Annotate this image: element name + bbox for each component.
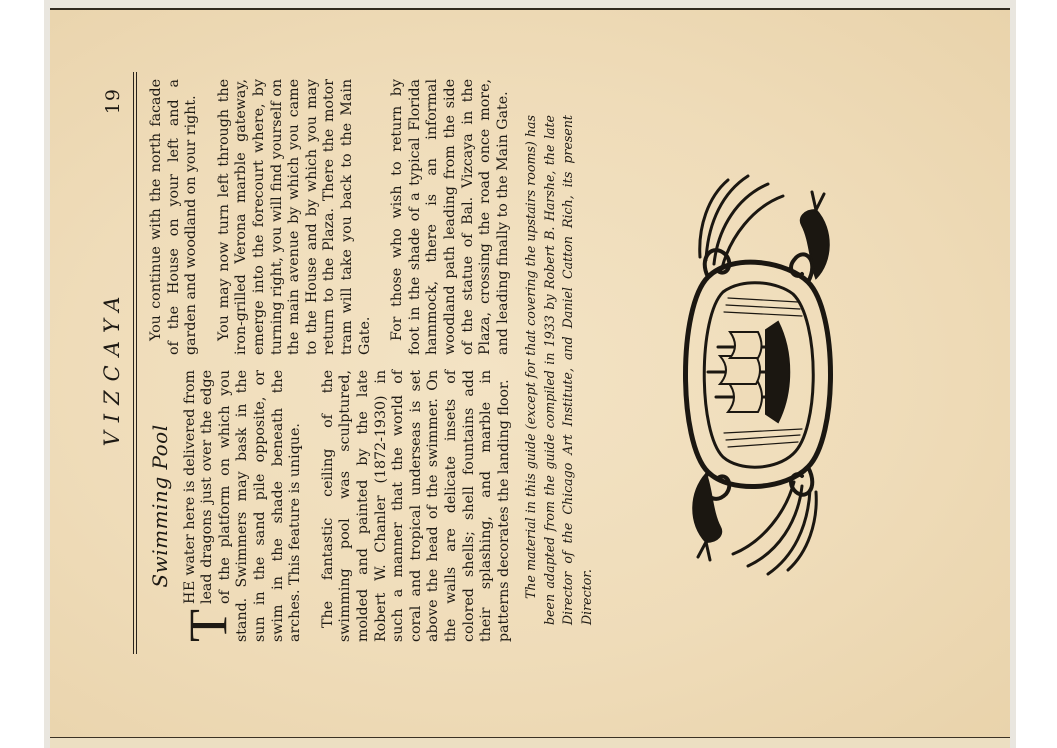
footnote: The material in this guide (except for t… bbox=[522, 115, 596, 625]
drop-cap: T bbox=[186, 609, 230, 642]
left-column: Swimming Pool THE water here is delivere… bbox=[150, 370, 528, 642]
booklet-page: VIZCAYA 19 Swimming Pool THE water here … bbox=[50, 10, 1010, 737]
header-double-rule bbox=[133, 72, 137, 654]
scanned-page-frame: VIZCAYA 19 Swimming Pool THE water here … bbox=[50, 8, 1010, 737]
paragraph-north-facade: You continue with the north facade of th… bbox=[148, 79, 201, 355]
page-number: 19 bbox=[102, 88, 124, 114]
paragraph-text: water here is delivered from lead dragon… bbox=[182, 370, 304, 642]
paragraph-hammock: For those who wish to return by foot in … bbox=[389, 79, 512, 355]
next-page-edge bbox=[50, 736, 1010, 748]
paragraph-ceiling: The fantastic ceiling of the swimming po… bbox=[320, 370, 514, 642]
right-column: You continue with the north facade of th… bbox=[148, 79, 527, 355]
section-heading: Swimming Pool bbox=[150, 370, 170, 642]
paragraph-intro: THE water here is delivered from lead dr… bbox=[182, 370, 305, 642]
lead-word: HE bbox=[182, 580, 198, 604]
running-head: VIZCAYA bbox=[100, 247, 124, 487]
paragraph-gateway: You may now turn left through the iron-g… bbox=[216, 79, 374, 355]
footnote-text: The material in this guide (except for t… bbox=[523, 115, 594, 625]
emblem-ornament-icon bbox=[668, 167, 848, 582]
